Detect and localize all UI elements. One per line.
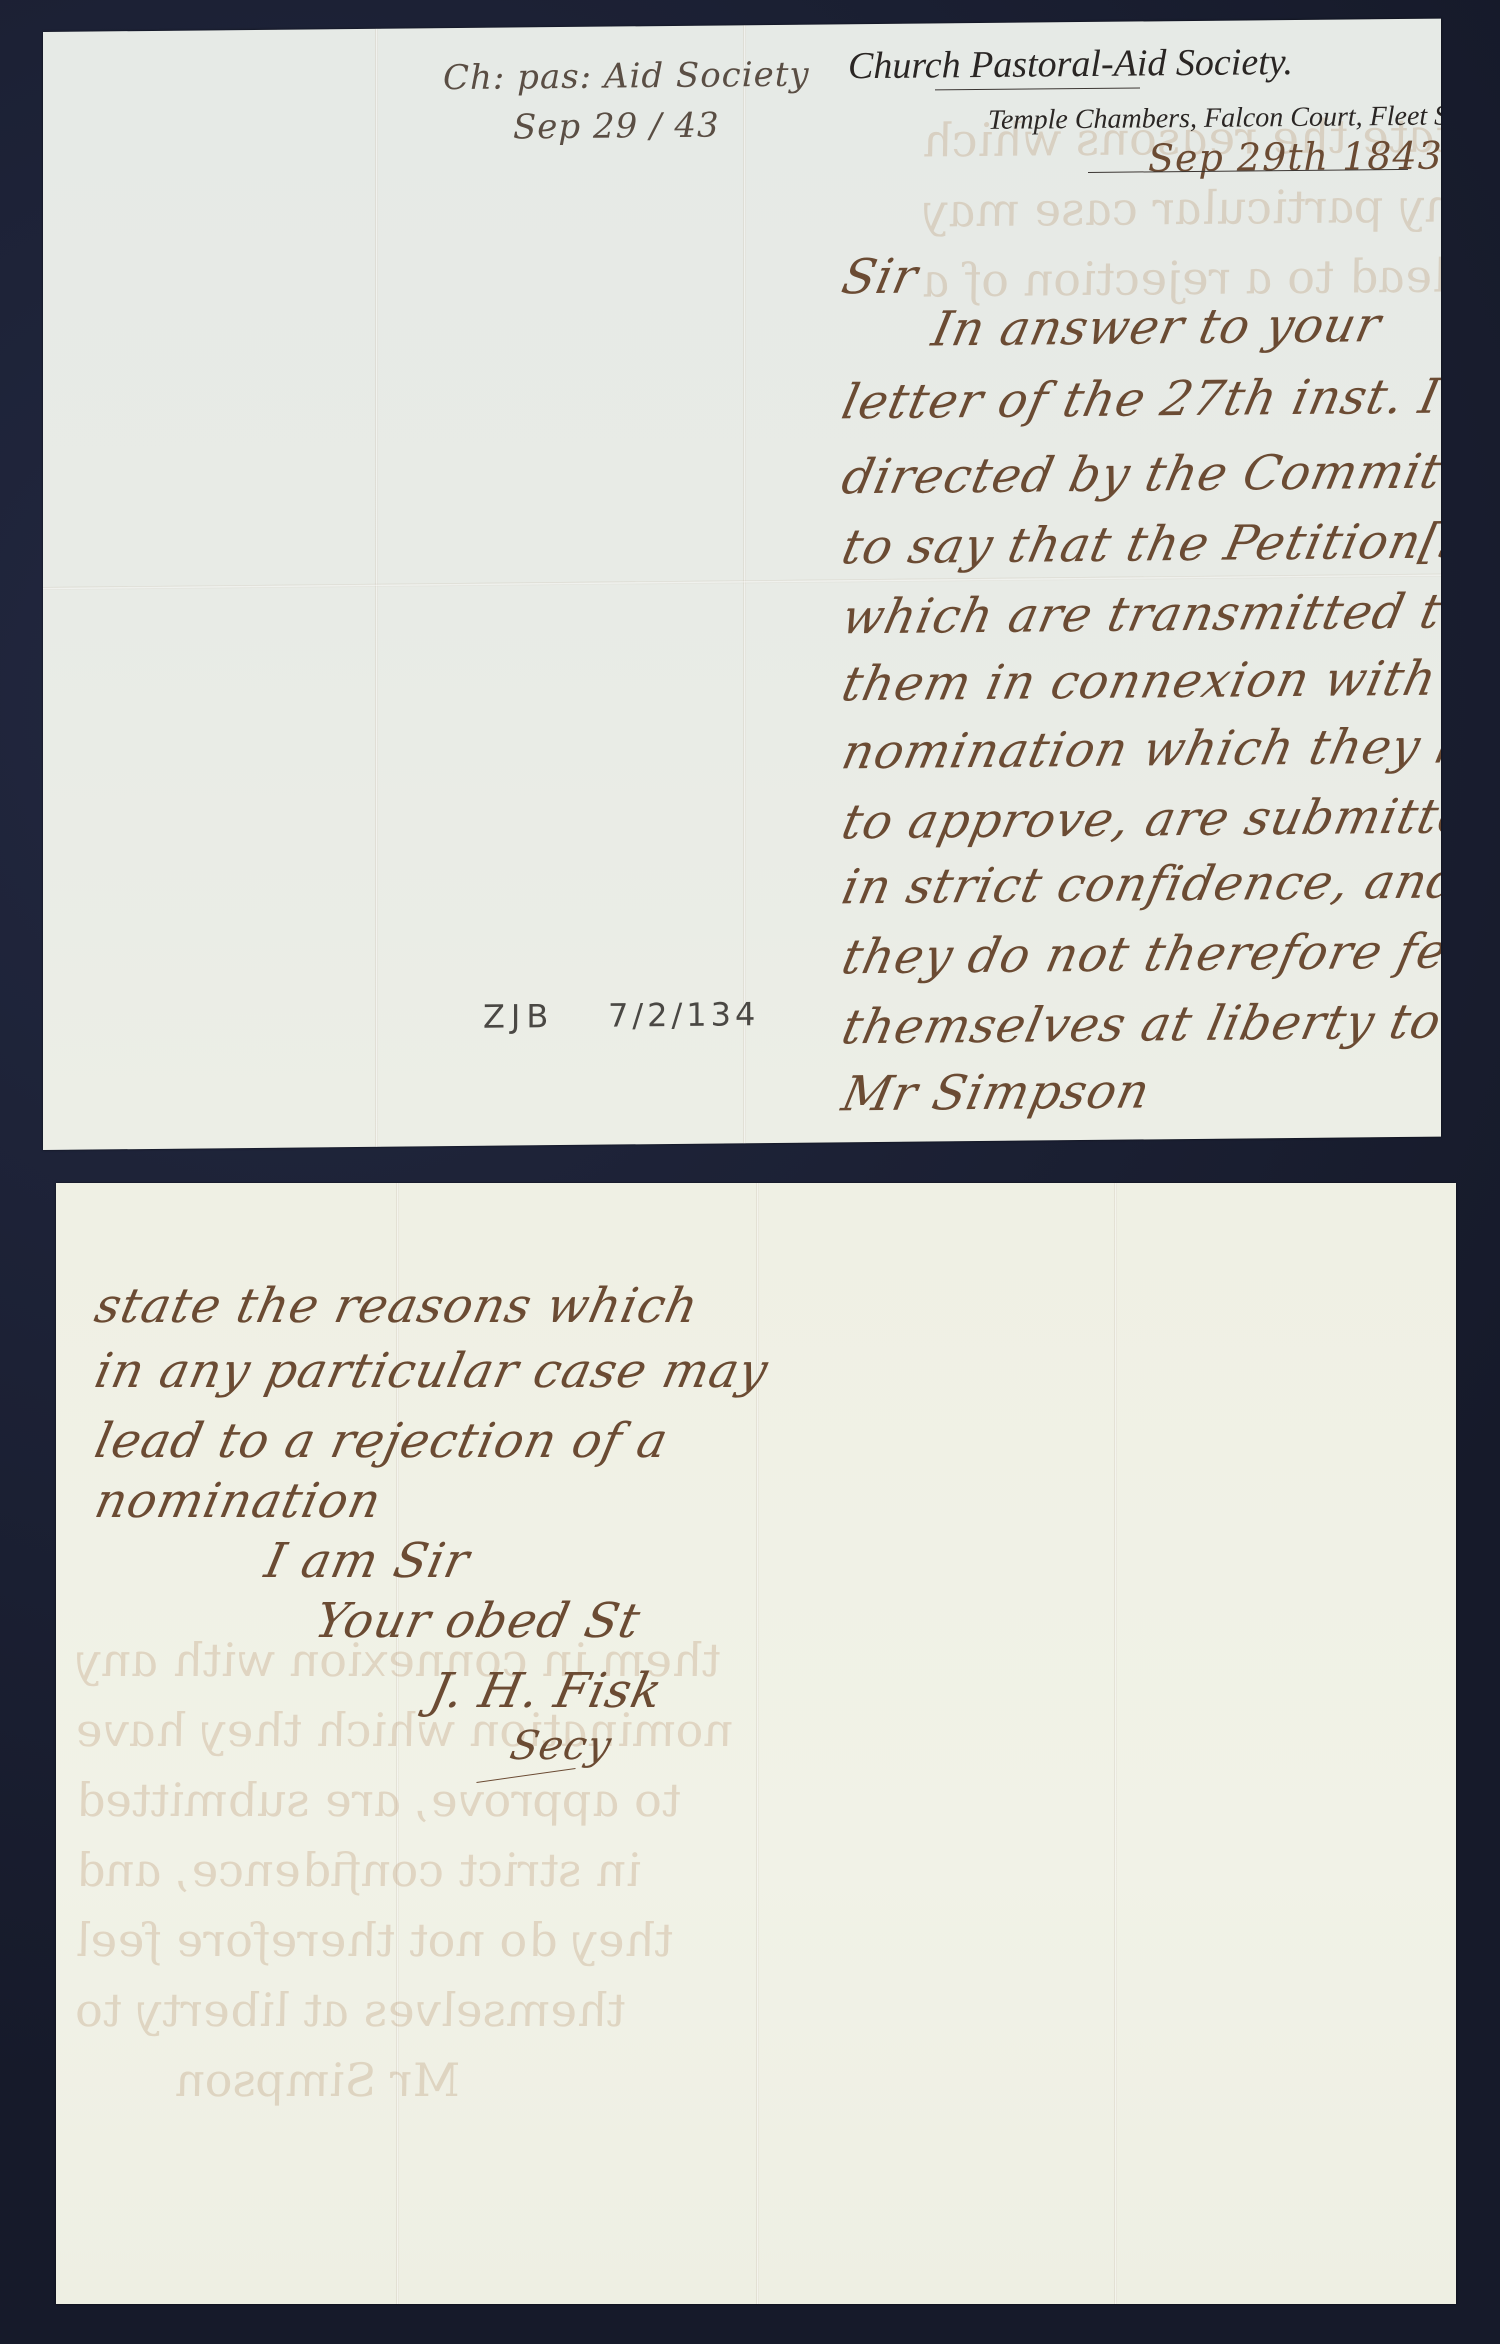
letter-line: nomination	[90, 1473, 387, 1529]
letter-line: Mr Simpson	[837, 1063, 1155, 1122]
bleed-through-text: themselves at liberty to	[70, 1983, 631, 2037]
letter-line: them in connexion with any	[837, 650, 1441, 713]
letterhead-organization: Church Pastoral-Aid Society.	[848, 40, 1293, 88]
letter-line: In answer to your	[927, 297, 1386, 357]
bleed-through-text: to approve, are submitted	[70, 1773, 687, 1827]
bleed-through-text: in strict confidence, and	[70, 1843, 647, 1897]
letter-line: lead to a rejection of a	[90, 1413, 673, 1469]
bleed-through-text: they do not therefore feel	[70, 1913, 679, 1967]
closing-line: I am Sir	[260, 1533, 475, 1589]
letter-line: in strict confidence, and	[837, 853, 1441, 915]
fold-line	[1114, 1183, 1117, 2304]
fold-line	[375, 29, 378, 1147]
letter-line: directed by the Committee	[837, 443, 1441, 506]
letterhead-underline	[935, 87, 1140, 90]
archive-ref-prefix: ZJB	[483, 997, 554, 1036]
docket-line-2: Sep 29 / 43	[513, 106, 720, 148]
letter-line: themselves at liberty to	[837, 994, 1441, 1056]
letter-line: they do not therefore feel	[837, 923, 1441, 985]
letter-sheet-front: state the reasons which in any particula…	[43, 19, 1441, 1150]
salutation: Sir	[837, 249, 923, 306]
bleed-through-text: in any particular case may	[917, 178, 1441, 238]
closing-line: Your obed St	[310, 1593, 646, 1649]
signatory-title: Secy	[506, 1723, 616, 1769]
fold-line	[743, 25, 746, 1143]
letterhead-address: Temple Chambers, Falcon Court, Fleet St.	[988, 100, 1441, 137]
letter-line: to approve, are submitted	[837, 788, 1441, 850]
letter-line: in any particular case may	[90, 1343, 773, 1399]
letter-line: letter of the 27th inst. I am	[837, 368, 1441, 431]
letter-sheet-back: them in connexion with any nomination wh…	[56, 1183, 1456, 2304]
bleed-through-text: Mr Simpson	[170, 2053, 465, 2107]
letter-date: Sep 29th 1843	[1148, 134, 1441, 181]
letter-line: state the reasons which	[90, 1278, 704, 1334]
letter-line: nomination which they have	[837, 717, 1441, 780]
archive-ref-number: 7/2/134	[608, 995, 759, 1034]
letter-line: to say that the Petition[s]	[837, 513, 1441, 575]
docket-line-1: Ch: pas: Aid Society	[443, 55, 810, 99]
signature: J. H. Fisk	[425, 1663, 668, 1719]
letter-line: which are transmitted to	[837, 583, 1441, 645]
